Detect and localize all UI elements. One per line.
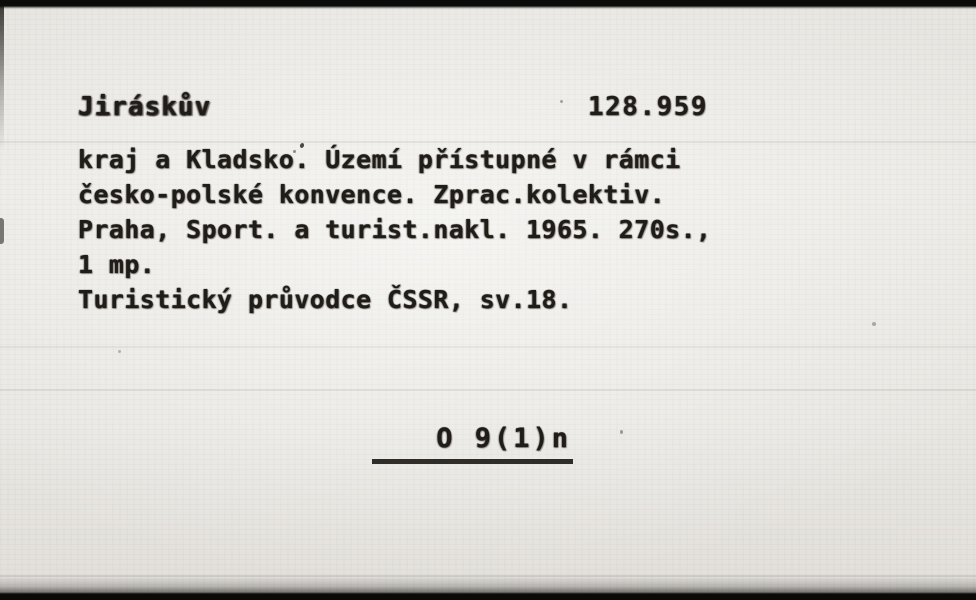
call-number: O 9(1)n xyxy=(436,423,573,454)
ink-speck xyxy=(560,100,563,103)
heading-row: Jiráskův xyxy=(78,92,908,122)
shelf-number: 128.959 xyxy=(588,92,708,122)
card-body: kraj a Kladsko. Území přístupné v rámci … xyxy=(78,142,712,317)
author-heading: Jiráskův xyxy=(78,92,211,122)
body-line: kraj a Kladsko. Území přístupné v rámci xyxy=(78,142,712,177)
ink-speck xyxy=(872,322,876,326)
call-number-underline: O 9(1)n xyxy=(372,423,573,464)
body-line: 1 mp. xyxy=(78,247,712,282)
scan-artifact-line xyxy=(0,389,976,391)
scan-edge-mark xyxy=(0,218,4,244)
body-line: česko-polské konvence. Zprac.kolektiv. xyxy=(78,177,712,212)
body-line: Turistický průvodce ČSSR, sv.18. xyxy=(78,282,712,317)
body-line: Praha, Sport. a turist.nakl. 1965. 270s.… xyxy=(78,212,712,247)
catalog-card-scan: Jiráskův 128.959 kraj a Kladsko. Území p… xyxy=(0,0,976,600)
scan-edge-bottom xyxy=(0,576,976,600)
ink-speck xyxy=(620,430,623,434)
scan-artifact-line xyxy=(0,346,976,348)
ink-speck xyxy=(118,350,121,353)
scan-edge-left xyxy=(0,0,4,150)
scan-edge-top xyxy=(0,0,976,9)
ink-speck xyxy=(293,150,296,153)
